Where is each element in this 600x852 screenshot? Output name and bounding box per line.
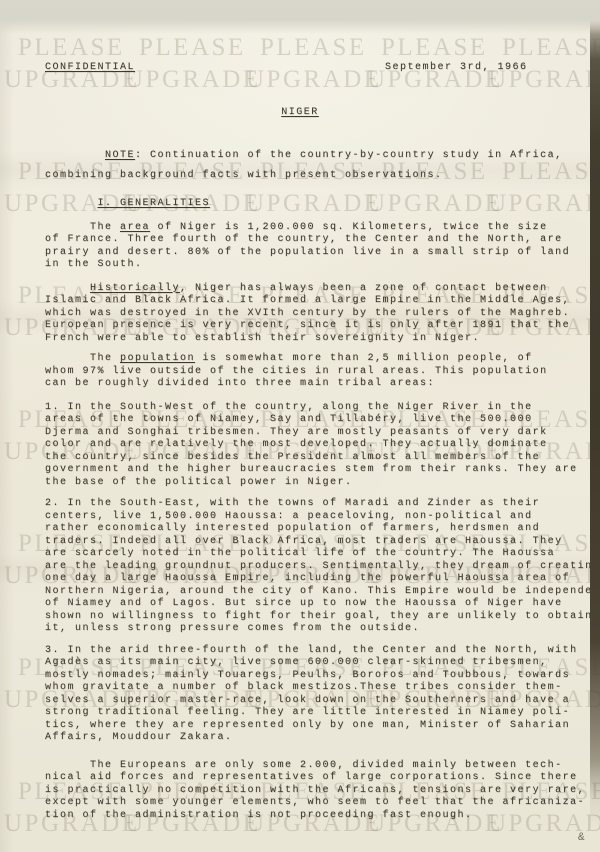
document-header: CONFIDENTIAL September 3rd, 1966 (45, 62, 600, 75)
document-title: NIGER (281, 107, 319, 118)
classification-label: CONFIDENTIAL (45, 62, 135, 73)
text-line: Agadès as its main city, live some 600.0… (45, 657, 600, 670)
text-line: is practically no competition with the A… (45, 785, 600, 798)
text-line: which was destroyed in the XVIth century… (45, 308, 600, 321)
text-line: can be roughly divided into three main t… (45, 378, 600, 391)
text-line: tics, where they are represented only by… (45, 720, 600, 733)
text-line: strong traditional feeling. They are lit… (45, 707, 600, 720)
text-line: I. GENERALITIES (45, 198, 600, 211)
text-line: are scarcely noted in the political life… (45, 548, 600, 561)
section-heading-generalities: I. GENERALITIES (45, 198, 600, 211)
text-line: whom 97% live outside of the cities in r… (45, 366, 600, 379)
text-line: mostly nomades; mainly Touaregs, Peulhs,… (45, 670, 600, 683)
text-line: tion of the administration is not procee… (45, 810, 600, 823)
item-southwest-djerma-songhai: 1. In the South-West of the country, alo… (45, 402, 600, 490)
text-line: selves a superior master-race, look down… (45, 695, 600, 708)
document: CONFIDENTIAL September 3rd, 1966 NIGER N… (0, 0, 600, 852)
text-line: NOTE: Continuation of the country-by-cou… (45, 146, 600, 166)
scanned-page: PLEASEUPGRADEPLEASEUPGRADEPLEASEUPGRADEP… (0, 0, 600, 852)
text-line: of Niamey and of Lagos. But sirce up to … (45, 598, 600, 611)
document-date: September 3rd, 1966 (385, 62, 528, 75)
text-line: centers, live 1,500.000 Haoussa: a peace… (45, 511, 600, 524)
item-southeast-haoussa: 2. In the South-East, with the towns of … (45, 498, 600, 636)
text-line: Historically, Niger has always been a zo… (45, 283, 600, 296)
scan-edge-band (590, 0, 600, 852)
text-line: rather economically interested populatio… (45, 523, 600, 536)
text-line: government and the higher bureaucracies … (45, 464, 600, 477)
text-line: shown no willingness to fight for their … (45, 611, 600, 624)
item-north-touaregs: 3. In the arid three-fourth of the land,… (45, 645, 600, 745)
text-line: of France. Three fourth of the country, … (45, 234, 600, 247)
text-line: traders. Indeed all over Black Africa, m… (45, 536, 600, 549)
text-line: 2. In the South-East, with the towns of … (45, 498, 600, 511)
note-paragraph: NOTE: Continuation of the country-by-cou… (45, 146, 600, 186)
paragraph-area: The area of Niger is 1,200.000 sq. Kilom… (45, 222, 600, 272)
text-line: nical aid forces and representatives of … (45, 772, 600, 785)
paragraph-population: The population is somewhat more than 2,5… (45, 353, 600, 391)
text-line: areas of the towns of Niamey, Say and Ti… (45, 414, 600, 427)
document-body: NOTE: Continuation of the country-by-cou… (45, 146, 600, 822)
document-title-row: NIGER (45, 107, 600, 120)
text-line: prairy and desert. 80% of the population… (45, 247, 600, 260)
text-line: The population is somewhat more than 2,5… (45, 353, 600, 366)
text-line: The area of Niger is 1,200.000 sq. Kilom… (45, 222, 600, 235)
handwritten-ampersand-mark: & (578, 832, 585, 844)
text-line: combining background facts with present … (45, 166, 600, 186)
text-line: The Europeans are only some 2.000, divid… (45, 760, 600, 773)
text-line: the country, since besides the President… (45, 452, 600, 465)
scan-top-strip (0, 0, 600, 34)
text-line: Northern Nigeria, around the city of Kan… (45, 586, 600, 599)
paragraph-historically: Historically, Niger has always been a zo… (45, 283, 600, 346)
text-line: 1. In the South-West of the country, alo… (45, 402, 600, 415)
left-edge-shadow (0, 0, 14, 852)
text-line: European presence is very recent, since … (45, 320, 600, 333)
text-line: except with some younger elements, who s… (45, 797, 600, 810)
text-line: Islamic and Black Africa. It formed a la… (45, 295, 600, 308)
text-line: are the leading groundnut producers. Sen… (45, 561, 600, 574)
text-line: it, unless strong pressure comes from th… (45, 623, 600, 636)
text-line: 3. In the arid three-fourth of the land,… (45, 645, 600, 658)
text-line: Djerma and Songhai tribesmen. They are m… (45, 427, 600, 440)
text-line: French were able to establish their sove… (45, 333, 600, 346)
text-line: whom gravitate a number of black mestizo… (45, 682, 600, 695)
paragraph-europeans: The Europeans are only some 2.000, divid… (45, 760, 600, 823)
text-line: Affairs, Mouddour Zakara. (45, 732, 600, 745)
text-line: one day a large Haoussa Empire, includin… (45, 573, 600, 586)
text-line: the base of the political power in Niger… (45, 477, 600, 490)
text-line: color and are relatively the most develo… (45, 439, 600, 452)
text-line: in the South. (45, 259, 600, 272)
